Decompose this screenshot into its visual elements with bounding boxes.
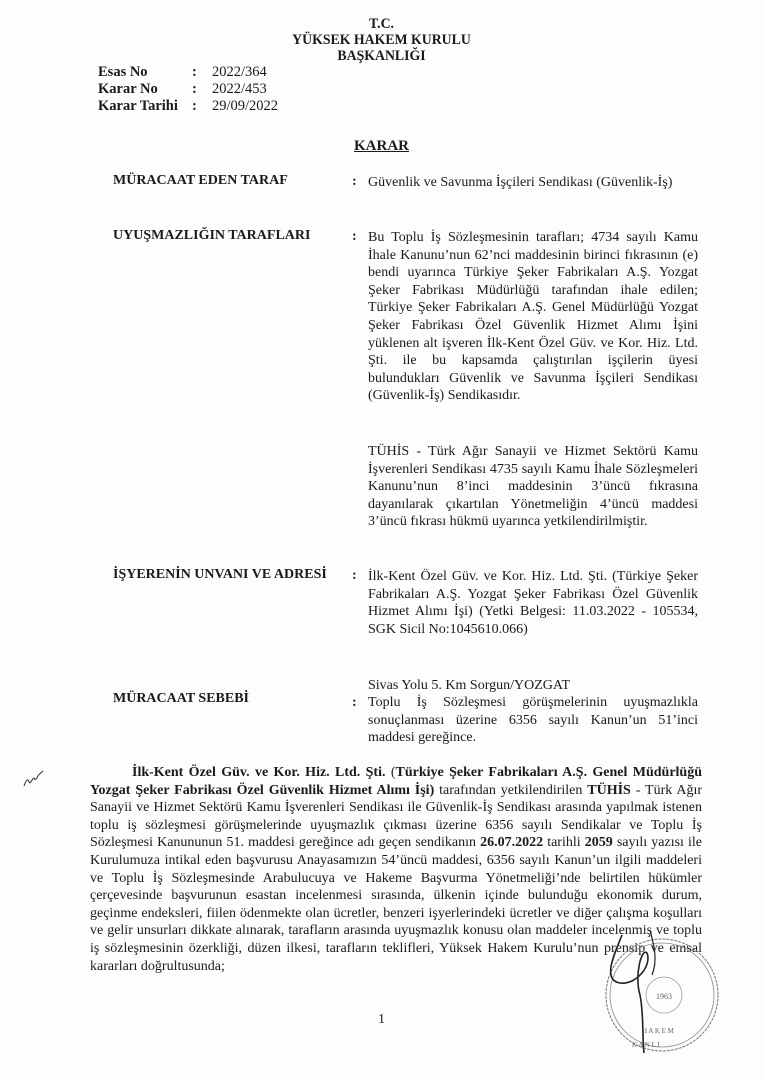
section-colon: : xyxy=(352,695,357,711)
text-segment: tarihli xyxy=(543,835,585,850)
section-body-employer: İlk-Kent Özel Güv. ve Kor. Hiz. Ltd. Şti… xyxy=(368,568,698,638)
section-body-parties-tuhis: TÜHİS - Türk Ağır Sanayii ve Hizmet Sekt… xyxy=(368,443,698,531)
employer-address: Sivas Yolu 5. Km Sorgun/YOZGAT xyxy=(368,677,698,695)
text-segment: tarafından yetkilendirilen xyxy=(434,783,587,798)
meta-esas-no: Esas No : 2022/364 xyxy=(98,64,278,81)
document-title: KARAR xyxy=(0,138,763,155)
text-segment: ( xyxy=(386,765,396,780)
meta-colon: : xyxy=(192,64,212,81)
meta-value: 29/09/2022 xyxy=(212,98,278,115)
section-body-applicant: Güvenlik ve Savunma İşçileri Sendikası (… xyxy=(368,174,698,192)
section-colon: : xyxy=(352,174,357,190)
section-label-parties: UYUŞMAZLIĞIN TARAFLARI xyxy=(113,227,310,244)
header-tc: T.C. xyxy=(31,16,733,33)
meta-karar-tarihi: Karar Tarihi : 29/09/2022 xyxy=(98,98,278,115)
meta-value: 2022/453 xyxy=(212,81,267,98)
header-institution: YÜKSEK HAKEM KURULU xyxy=(31,32,733,49)
official-stamp-icon: 1963 H A K E M K A N L I xyxy=(592,925,722,1055)
section-body-reason: Toplu İş Sözleşmesi görüşmelerinin uyuşm… xyxy=(368,694,698,747)
svg-text:1963: 1963 xyxy=(656,992,672,1001)
meta-value: 2022/364 xyxy=(212,64,267,81)
svg-text:H A K E M: H A K E M xyxy=(642,1027,675,1035)
section-label-employer: İŞYERENİN UNVANI VE ADRESİ xyxy=(113,566,327,583)
handwritten-initials-icon xyxy=(22,770,44,788)
meta-colon: : xyxy=(192,81,212,98)
section-body-parties: Bu Toplu İş Sözleşmesinin tarafları; 473… xyxy=(368,229,698,405)
document-page: T.C. YÜKSEK HAKEM KURULU BAŞKANLIĞI Esas… xyxy=(0,0,763,1080)
bold-tuhis: TÜHİS xyxy=(587,783,631,798)
case-metadata: Esas No : 2022/364 Karar No : 2022/453 K… xyxy=(98,64,278,115)
meta-karar-no: Karar No : 2022/453 xyxy=(98,81,278,98)
section-colon: : xyxy=(352,568,357,584)
section-colon: : xyxy=(352,229,357,245)
meta-label: Karar No xyxy=(98,81,192,98)
header-presidency: BAŞKANLIĞI xyxy=(31,48,733,65)
section-label-reason: MÜRACAAT SEBEBİ xyxy=(113,690,249,707)
meta-colon: : xyxy=(192,98,212,115)
meta-label: Esas No xyxy=(98,64,192,81)
bold-date: 26.07.2022 xyxy=(480,835,543,850)
meta-label: Karar Tarihi xyxy=(98,98,192,115)
svg-text:K A N L I: K A N L I xyxy=(632,1041,660,1049)
bold-number: 2059 xyxy=(585,835,613,850)
section-label-applicant: MÜRACAAT EDEN TARAF xyxy=(113,172,288,189)
bold-employer: İlk-Kent Özel Güv. ve Kor. Hiz. Ltd. Şti… xyxy=(132,765,386,780)
